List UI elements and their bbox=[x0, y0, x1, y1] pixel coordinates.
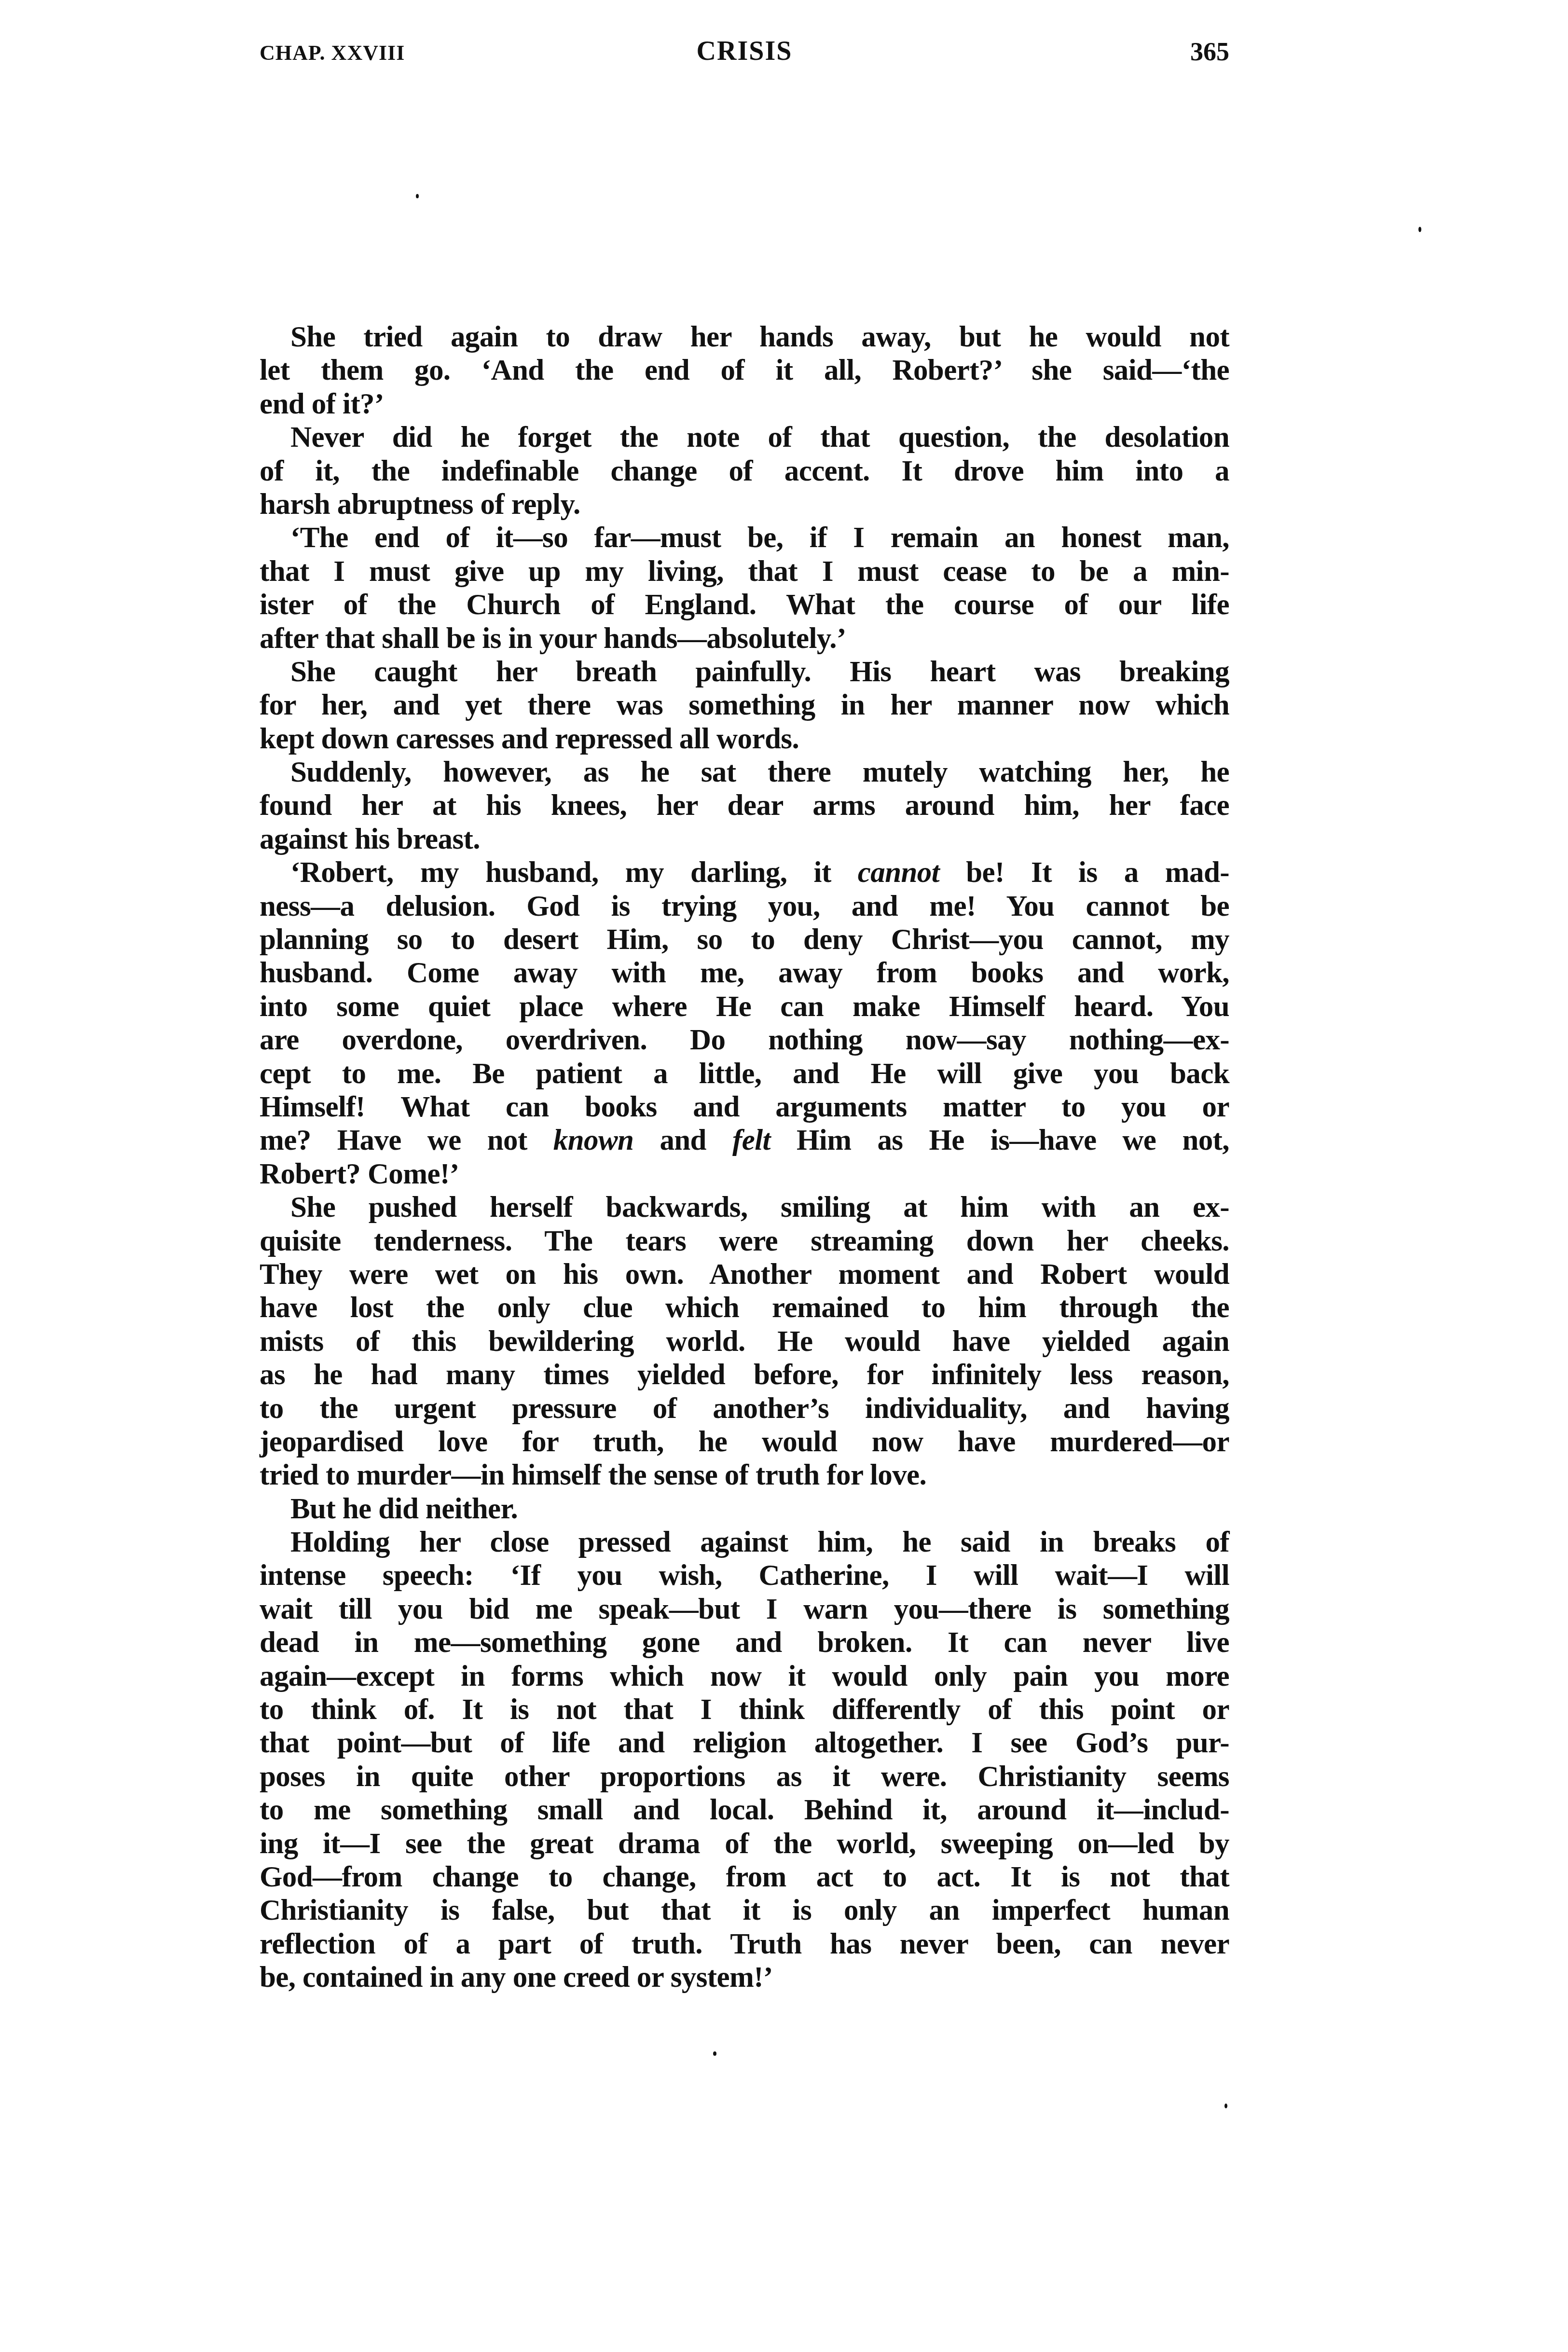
text-line: poses in quite other proportions as it w… bbox=[260, 1760, 1229, 1793]
text-line: tried to murder—in himself the sense of … bbox=[260, 1458, 1229, 1492]
text-line: me? Have we not known and felt Him as He… bbox=[260, 1124, 1229, 1157]
text-line: found her at his knees, her dear arms ar… bbox=[260, 789, 1229, 822]
text-line: let them go. ‘And the end of it all, Rob… bbox=[260, 354, 1229, 387]
body-text: She tried again to draw her hands away, … bbox=[260, 320, 1229, 1994]
book-page: CHAP. XXVIII CRISIS 365 She tried again … bbox=[0, 0, 1568, 2352]
scan-speck bbox=[1418, 227, 1421, 232]
text-line: Holding her close pressed against him, h… bbox=[260, 1526, 1229, 1559]
text-line: jeopardised love for truth, he would now… bbox=[260, 1425, 1229, 1458]
running-head: CHAP. XXVIII CRISIS 365 bbox=[260, 34, 1229, 65]
italic-emphasis: felt bbox=[732, 1124, 770, 1156]
scan-speck bbox=[1224, 2104, 1227, 2108]
text-line: Robert? Come!’ bbox=[260, 1157, 1229, 1191]
text-line: mists of this bewildering world. He woul… bbox=[260, 1325, 1229, 1358]
text-line: against his breast. bbox=[260, 823, 1229, 856]
text-line: are overdone, overdriven. Do nothing now… bbox=[260, 1023, 1229, 1057]
text-line: that I must give up my living, that I mu… bbox=[260, 555, 1229, 588]
text-line: wait till you bid me speak—but I warn yo… bbox=[260, 1593, 1229, 1626]
text-line: Suddenly, however, as he sat there mutel… bbox=[260, 756, 1229, 789]
text-line: Himself! What can books and arguments ma… bbox=[260, 1090, 1229, 1124]
text-line: Christianity is false, but that it is on… bbox=[260, 1894, 1229, 1927]
text-line: after that shall be is in your hands—abs… bbox=[260, 622, 1229, 655]
text-line: have lost the only clue which remained t… bbox=[260, 1291, 1229, 1324]
text-line: God—from change to change, from act to a… bbox=[260, 1860, 1229, 1894]
text-line: again—except in forms which now it would… bbox=[260, 1660, 1229, 1693]
text-line: ness—a delusion. God is trying you, and … bbox=[260, 890, 1229, 923]
text-line: quisite tenderness. The tears were strea… bbox=[260, 1224, 1229, 1258]
text-line: ing it—I see the great drama of the worl… bbox=[260, 1827, 1229, 1860]
text-line: She pushed herself backwards, smiling at… bbox=[260, 1191, 1229, 1224]
text-line: She caught her breath painfully. His hea… bbox=[260, 655, 1229, 688]
text-line: intense speech: ‘If you wish, Catherine,… bbox=[260, 1559, 1229, 1592]
text-line: to me something small and local. Behind … bbox=[260, 1793, 1229, 1827]
text-line: end of it?’ bbox=[260, 387, 1229, 421]
italic-emphasis: cannot bbox=[858, 856, 939, 889]
text-line: that point—but of life and religion alto… bbox=[260, 1726, 1229, 1760]
text-line: be, contained in any one creed or system… bbox=[260, 1961, 1229, 1994]
text-line: dead in me—something gone and broken. It… bbox=[260, 1626, 1229, 1659]
text-line: ‘Robert, my husband, my darling, it cann… bbox=[260, 856, 1229, 889]
text-line: Never did he forget the note of that que… bbox=[260, 421, 1229, 454]
chapter-title: CRISIS bbox=[260, 36, 1229, 67]
text-line: for her, and yet there was something in … bbox=[260, 688, 1229, 722]
text-line: to think of. It is not that I think diff… bbox=[260, 1693, 1229, 1726]
text-line: cept to me. Be patient a little, and He … bbox=[260, 1057, 1229, 1090]
text-line: husband. Come away with me, away from bo… bbox=[260, 956, 1229, 990]
text-line: ister of the Church of England. What the… bbox=[260, 588, 1229, 621]
text-line: She tried again to draw her hands away, … bbox=[260, 320, 1229, 354]
italic-emphasis: known bbox=[553, 1124, 634, 1156]
text-line: But he did neither. bbox=[260, 1492, 1229, 1526]
scan-speck bbox=[416, 194, 419, 198]
text-line: planning so to desert Him, so to deny Ch… bbox=[260, 923, 1229, 956]
text-line: They were wet on his own. Another moment… bbox=[260, 1258, 1229, 1291]
text-line: reflection of a part of truth. Truth has… bbox=[260, 1927, 1229, 1961]
text-line: kept down caresses and repressed all wor… bbox=[260, 722, 1229, 756]
text-line: to the urgent pressure of another’s indi… bbox=[260, 1392, 1229, 1425]
text-line: harsh abruptness of reply. bbox=[260, 488, 1229, 521]
scan-speck bbox=[713, 2051, 716, 2056]
text-line: of it, the indefinable change of accent.… bbox=[260, 454, 1229, 488]
text-line: into some quiet place where He can make … bbox=[260, 990, 1229, 1023]
text-line: ‘The end of it—so far—must be, if I rema… bbox=[260, 521, 1229, 554]
page-number: 365 bbox=[1190, 37, 1229, 67]
text-line: as he had many times yielded before, for… bbox=[260, 1358, 1229, 1391]
